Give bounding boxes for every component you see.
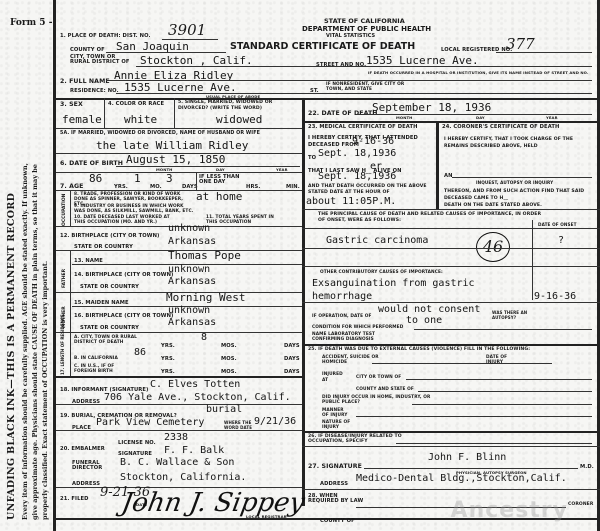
instruction-margin: Form 5 - UNFADING BLACK INK—THIS IS A PE… — [0, 0, 56, 531]
instruction-line: give approximate age. Physicians should … — [31, 164, 39, 520]
certifier-address: Medico-Dental Bldg.,Stockton,Calif. — [356, 473, 567, 484]
birthplace-label: 12. BIRTHPLACE (CITY OR TOWN) — [60, 233, 160, 239]
certificate-title: STANDARD CERTIFICATE OF DEATH — [230, 41, 415, 52]
spouse-value: the late William Ridley — [96, 139, 248, 152]
death-certificate: Form 5 - UNFADING BLACK INK—THIS IS A PE… — [0, 0, 600, 531]
funeral-director: B. C. Wallace & Son — [120, 457, 234, 468]
district-number: 3901 — [168, 21, 206, 39]
attended-from: 9-16-36 — [352, 136, 394, 147]
father-name: Thomas Pope — [168, 249, 241, 262]
operation-note-2: to one — [406, 315, 442, 326]
street-value: 1535 Lucerne Ave. — [366, 54, 479, 67]
race-label: 4. COLOR OR RACE — [108, 101, 164, 107]
date-of-death: September 18, 1936 — [372, 101, 491, 114]
total-years-label: 11. TOTAL YEARS SPENT IN THIS OCCUPATION — [206, 215, 286, 225]
place-of-death-label: 1. PLACE OF DEATH: DIST. NO. — [60, 33, 151, 39]
spouse-label: 5a. IF MARRIED, WIDOWED OR DIVORCED, NAM… — [60, 131, 260, 136]
other-cause-line2: hemorrhage — [312, 291, 372, 302]
mother-maiden-name: Morning West — [166, 291, 245, 304]
instruction-line: Every item of information should be care… — [21, 163, 29, 520]
last-saw-date: Sept. 18,1936 — [318, 171, 396, 182]
street-label: STREET AND NO. — [316, 62, 366, 68]
marital-label: 5. SINGLE, MARRIED, WIDOWED OR DIVORCED?… — [178, 100, 302, 111]
informant-name: C. Elves Totten — [150, 379, 240, 390]
principal-onset: ? — [558, 235, 564, 246]
nonresident-label: IF NONRESIDENT, GIVE CITY OR TOWN, AND S… — [326, 82, 406, 92]
certifier-name: John F. Blinn — [428, 452, 506, 463]
informant-address: 706 Yale Ave., Stockton, Calif. — [104, 392, 291, 403]
sex-value: female — [62, 113, 102, 126]
division-heading: VITAL STATISTICS — [326, 33, 375, 39]
last-worked-label: 10. DATE DECEASED LAST WORKED AT THIS OC… — [74, 215, 174, 225]
local-registered-number: 377 — [506, 35, 535, 53]
residence-label: RESIDENCE: NO. — [70, 88, 119, 94]
department-heading: DEPARTMENT OF PUBLIC HEALTH — [302, 25, 431, 33]
burial-place: Park View Cemetery — [96, 417, 204, 428]
other-cause-onset: 9-16-36 — [534, 291, 576, 302]
age-days: 3 — [166, 172, 173, 185]
embalmer-name: F. F. Balk — [164, 445, 224, 456]
burial-type: burial — [206, 404, 242, 415]
dob-value: August 15, 1850 — [126, 153, 225, 166]
age-label: 7. AGE — [60, 183, 84, 190]
residence-city-years: 8 — [201, 332, 207, 343]
mother-birthplace-state: Arkansas — [168, 317, 216, 328]
city-label: CITY, TOWN OR RURAL DISTRICT OF — [70, 55, 130, 65]
dob-label: 6. DATE OF BIRTH — [60, 160, 123, 167]
death-hour: about 11:05P.M. — [306, 196, 396, 207]
birthplace-city: unknown — [168, 223, 210, 234]
operation-note: would not consent — [378, 304, 480, 315]
industry-label: 9. INDUSTRY OR BUSINESS IN WHICH WORK WA… — [74, 204, 194, 214]
mother-birthplace-city: unknown — [168, 305, 210, 316]
instruction-line: properly classified. Exact statement of … — [41, 261, 49, 520]
watermark: Ancestry — [451, 498, 568, 523]
form-number: Form 5 - — [10, 18, 52, 28]
birthplace-state: Arkansas — [168, 236, 216, 247]
residence-california-years: 86 — [134, 347, 146, 358]
burial-date: 9/21/36 — [254, 416, 296, 427]
age-years: 86 — [89, 172, 102, 185]
occupation-side-label: OCCUPATION — [62, 194, 67, 226]
age-months: 1 — [134, 172, 141, 185]
embalmer-license: 2338 — [164, 432, 188, 443]
certificate-form: STATE OF CALIFORNIA DEPARTMENT OF PUBLIC… — [56, 0, 600, 531]
full-name-label: 2. FULL NAME — [60, 78, 110, 85]
trade-value: at home — [196, 190, 242, 203]
sex-label: 3. SEX — [60, 101, 83, 108]
principal-cause: Gastric carcinoma — [326, 235, 428, 246]
father-birthplace-state: Arkansas — [168, 276, 216, 287]
race-value: white — [124, 113, 157, 126]
father-birthplace-city: unknown — [168, 264, 210, 275]
other-cause-line1: Exsanguination from gastric — [312, 278, 475, 289]
hospital-note: IF DEATH OCCURRED IN A HOSPITAL OR INSTI… — [368, 70, 588, 75]
marital-value: widowed — [216, 113, 262, 126]
state-heading: STATE OF CALIFORNIA — [324, 17, 405, 25]
county-label: COUNTY OF — [70, 47, 105, 53]
funeral-address: Stockton, California. — [120, 472, 246, 483]
cause-code-circle: 46 — [476, 232, 510, 262]
permanent-record-notice: UNFADING BLACK INK—THIS IS A PERMANENT R… — [6, 193, 17, 520]
attended-to: Sept. 18,1936 — [318, 148, 396, 159]
